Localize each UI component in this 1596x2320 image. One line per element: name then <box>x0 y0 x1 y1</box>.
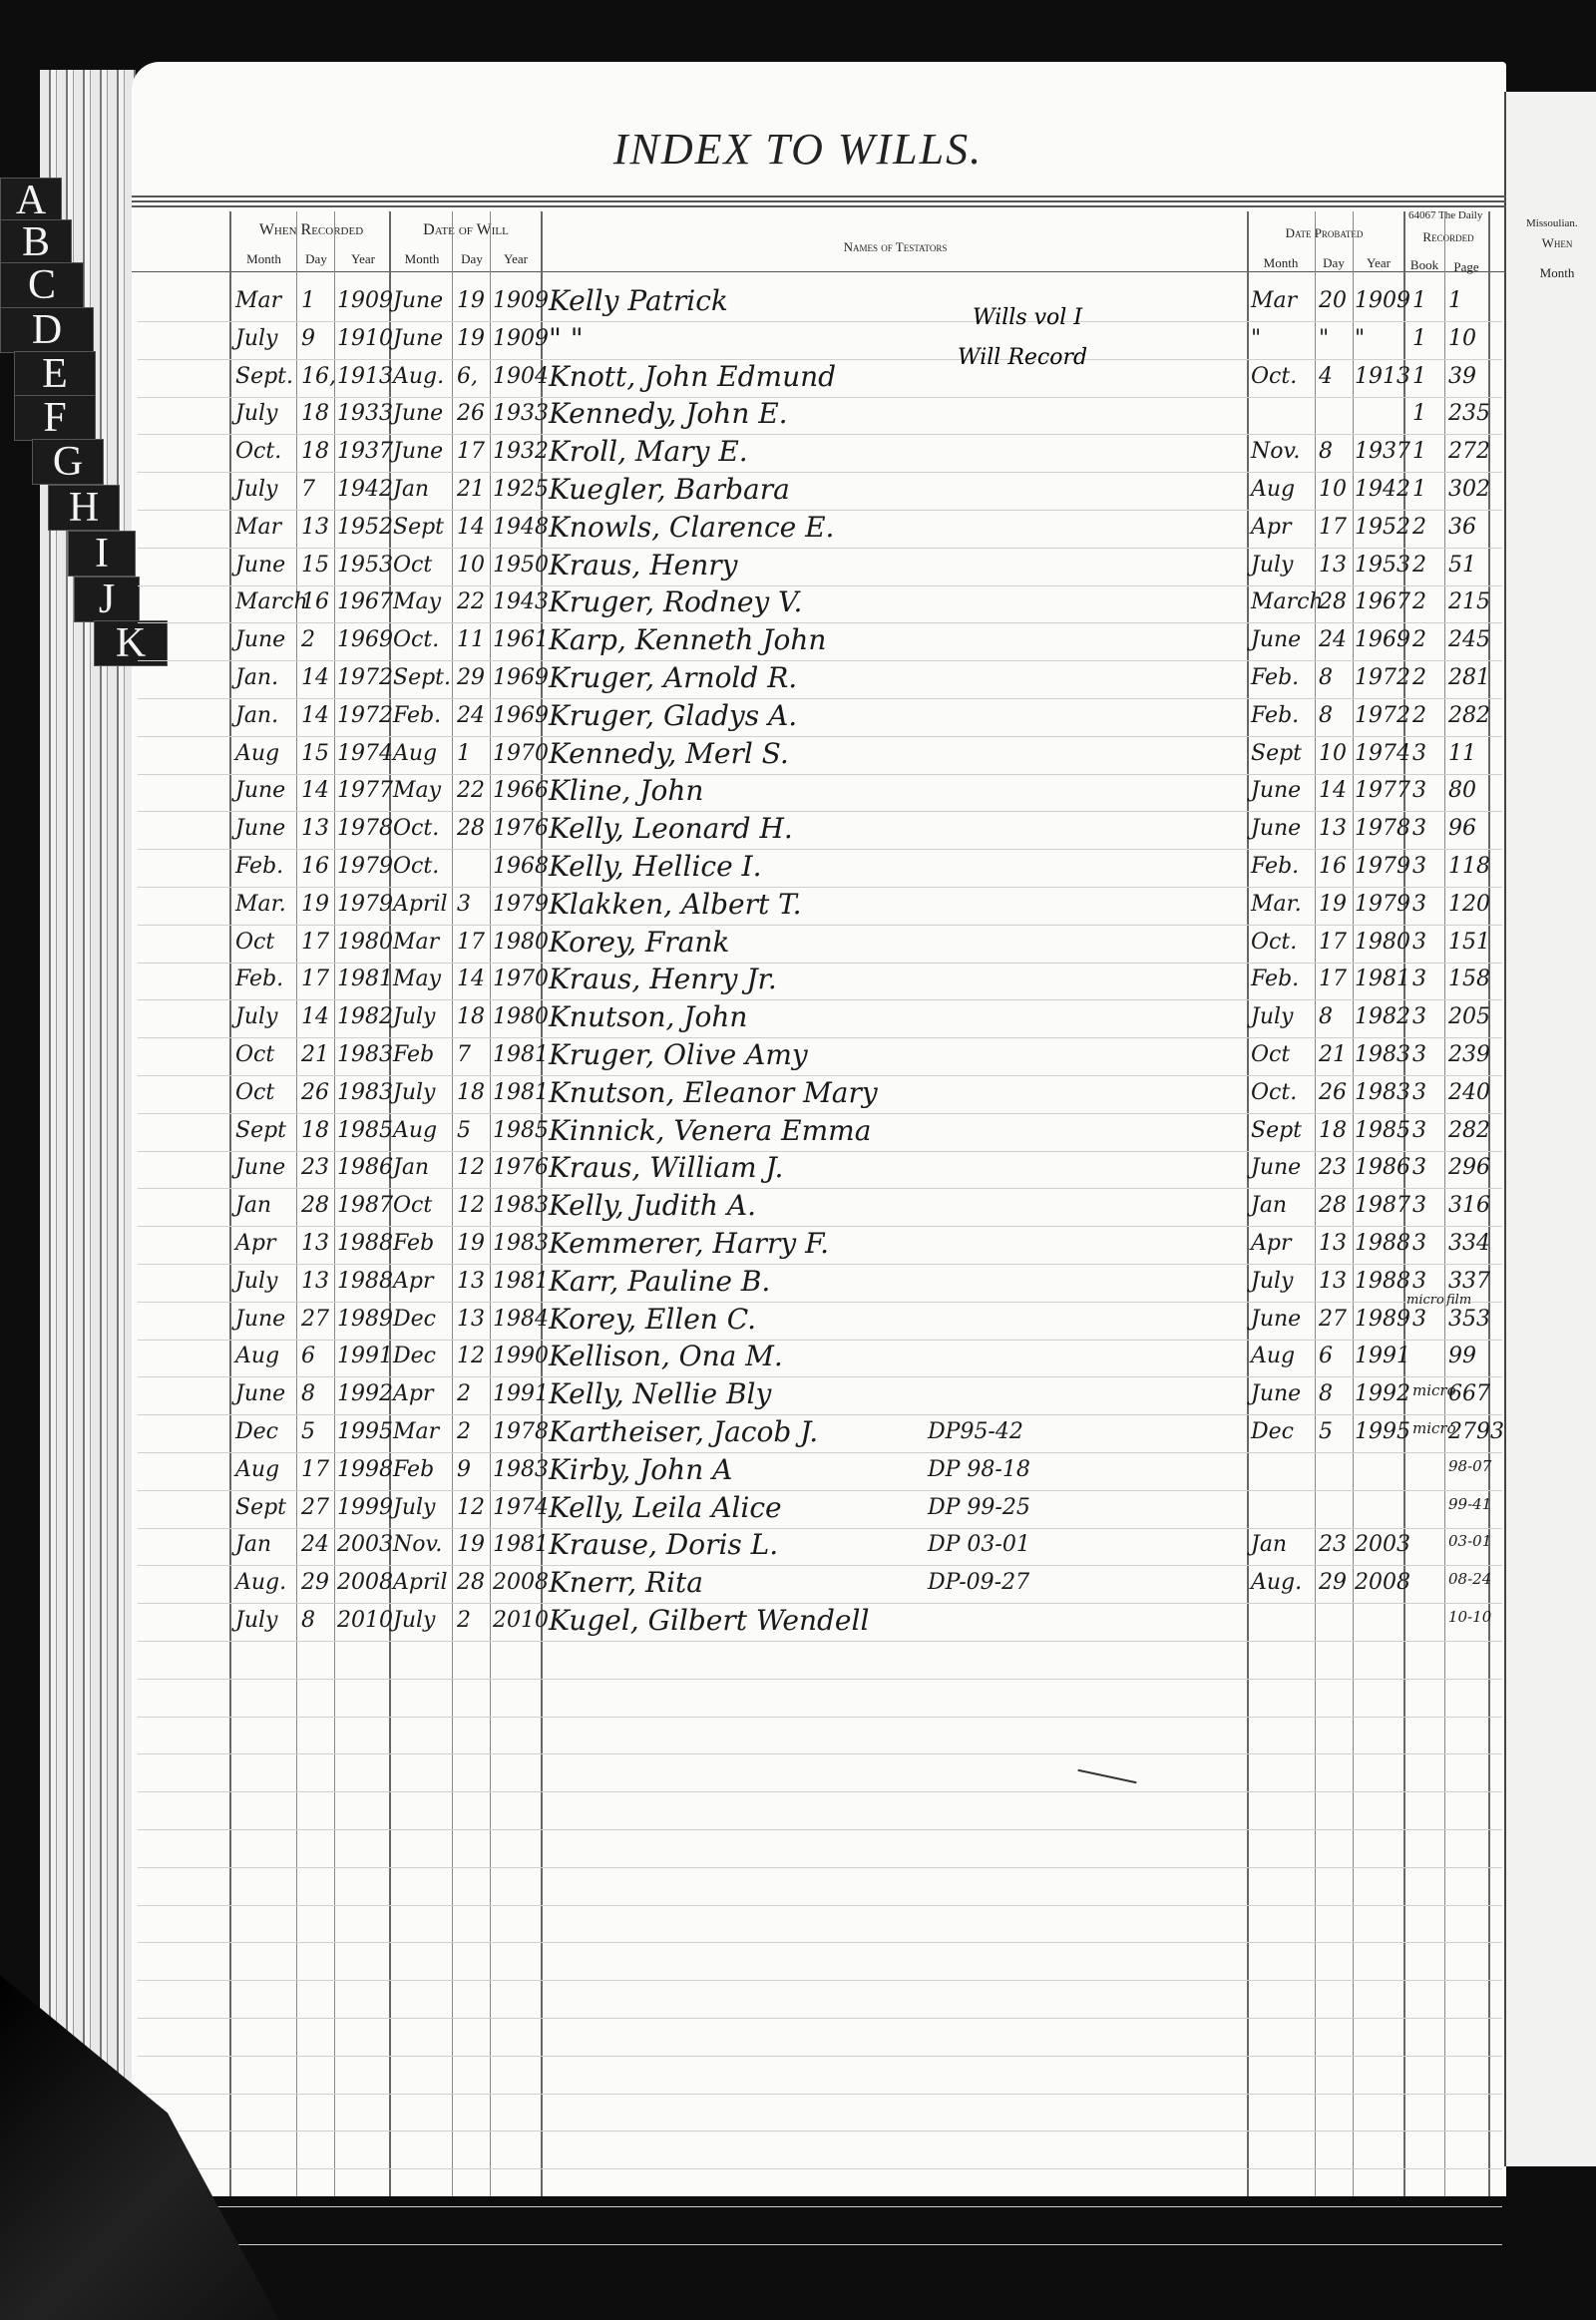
cell-pro-y: 1989 <box>1355 1307 1410 1332</box>
cell-page: 99-41 <box>1448 1495 1491 1513</box>
cell-will-d: 13 <box>457 1307 485 1332</box>
cell-will-m: Sept <box>393 515 444 540</box>
cell-name: Kline, John <box>549 774 703 807</box>
cell-will-d: 21 <box>457 477 485 502</box>
sub-page: Page <box>1446 259 1486 275</box>
cell-page: 96 <box>1448 816 1476 841</box>
cell-will-m: Aug <box>393 741 437 766</box>
cell-will-m: Feb <box>393 1457 434 1482</box>
ledger-row: June151953Oct101950Kraus, HenryJuly13195… <box>0 549 1596 586</box>
cell-will-m: July <box>393 1495 435 1520</box>
ledger-row: July131988Apr131981Karr, Pauline B.July1… <box>0 1265 1596 1303</box>
cell-page: 10-10 <box>1448 1608 1491 1626</box>
cell-rec-m: Sept <box>235 1118 286 1143</box>
cell-name: Kartheiser, Jacob J. <box>549 1415 818 1448</box>
ledger-row: Dec51995Mar21978Kartheiser, Jacob J.DP95… <box>0 1415 1596 1453</box>
cell-pro-y: 1986 <box>1355 1155 1410 1180</box>
ledger-row: June131978Oct.281976Kelly, Leonard H.Jun… <box>0 812 1596 850</box>
cell-pro-m: Mar. <box>1251 892 1302 917</box>
ledger-row: Aug171998Feb91983Kirby, John ADP 98-1898… <box>0 1453 1596 1491</box>
cell-will-d: 12 <box>457 1344 485 1368</box>
cell-pro-y: 1980 <box>1355 930 1410 955</box>
cell-will-m: Oct <box>393 1193 432 1218</box>
cell-will-m: July <box>393 1608 435 1633</box>
cell-page: 11 <box>1448 741 1476 766</box>
cell-rec-m: July <box>235 401 277 426</box>
sub-day: Day <box>1315 255 1353 271</box>
cell-will-m: Mar <box>393 1419 439 1444</box>
cell-will-m: Dec <box>393 1307 436 1332</box>
ledger-row: June271989Dec131984Korey, Ellen C.June27… <box>0 1303 1596 1341</box>
cell-will-y: 1983 <box>493 1193 549 1218</box>
cell-rec-d: 14 <box>301 703 329 728</box>
cell-rec-m: July <box>235 1269 277 1294</box>
cell-rec-d: 16 <box>301 589 329 614</box>
cell-pro-m: June <box>1251 1155 1301 1180</box>
cell-book: 2 <box>1412 589 1426 614</box>
cell-will-m: Apr <box>393 1381 434 1406</box>
cell-pro-m: Feb. <box>1251 665 1299 690</box>
cell-pro-m: July <box>1251 553 1293 578</box>
cell-will-d: 9 <box>457 1457 471 1482</box>
cell-rec-d: 7 <box>301 477 315 502</box>
cell-name: Korey, Frank <box>549 926 729 959</box>
cell-will-m: June <box>393 326 443 351</box>
cell-rec-d: 17 <box>301 930 329 955</box>
cell-pro-m: June <box>1251 816 1301 841</box>
cell-pro-d: 10 <box>1319 477 1347 502</box>
cell-rec-d: 8 <box>301 1608 315 1633</box>
cell-will-y: 2008 <box>493 1570 549 1595</box>
tab-letter-a[interactable]: A <box>0 178 62 223</box>
cell-name: Kellison, Ona M. <box>549 1340 783 1372</box>
cell-rec-d: 18 <box>301 1118 329 1143</box>
cell-will-y: 1976 <box>493 816 549 841</box>
cell-note: DP 99-25 <box>928 1495 1030 1520</box>
cell-name: Kraus, Henry <box>549 549 737 581</box>
ledger-row: Jan281987Oct121983Kelly, Judith A.Jan281… <box>0 1189 1596 1227</box>
cell-rec-m: Jan <box>235 1193 271 1218</box>
cell-pro-d: 23 <box>1319 1532 1347 1557</box>
cell-will-y: 1925 <box>493 477 549 502</box>
ruled-line <box>138 2018 1502 2019</box>
cell-rec-d: 9 <box>301 326 315 351</box>
ruled-line <box>138 2130 1502 2131</box>
cell-book: 3 <box>1412 1042 1426 1067</box>
cell-pro-y: 1977 <box>1355 778 1410 803</box>
cell-rec-d: 6 <box>301 1344 315 1368</box>
cell-name: Kennedy, Merl S. <box>549 737 789 770</box>
cell-will-d: 18 <box>457 1004 485 1029</box>
cell-pro-d: 5 <box>1319 1419 1333 1444</box>
cell-will-y: 1981 <box>493 1532 549 1557</box>
cell-will-d: 24 <box>457 703 485 728</box>
cell-book: 3 <box>1412 1307 1426 1332</box>
cell-pro-d: 13 <box>1319 816 1347 841</box>
cell-rec-m: June <box>235 816 285 841</box>
cell-pro-m: Sept <box>1251 741 1302 766</box>
cell-pro-m: Oct. <box>1251 930 1297 955</box>
cell-pro-d: 8 <box>1319 1004 1333 1029</box>
cell-rec-y: 2008 <box>337 1570 393 1595</box>
cell-page: 118 <box>1448 854 1490 879</box>
cell-page: 245 <box>1448 627 1490 652</box>
cell-will-d: 29 <box>457 665 485 690</box>
cell-page: 239 <box>1448 1042 1490 1067</box>
ledger-row: Aug.292008April282008Knerr, RitaDP-09-27… <box>0 1566 1596 1604</box>
cell-pro-y: 1952 <box>1355 515 1410 540</box>
cell-name: Kelly, Leila Alice <box>549 1491 782 1524</box>
cell-rec-y: 1967 <box>337 589 393 614</box>
cell-rec-d: 24 <box>301 1532 329 1557</box>
cell-name: Kraus, William J. <box>549 1151 783 1184</box>
cell-rec-y: 1986 <box>337 1155 393 1180</box>
cell-will-d: 22 <box>457 778 485 803</box>
cell-pro-y: 1982 <box>1355 1004 1410 1029</box>
ledger-row: Oct.181937June171932Kroll, Mary E.Nov.81… <box>0 435 1596 473</box>
cell-will-m: Nov. <box>393 1532 442 1557</box>
cell-note: DP95-42 <box>928 1419 1023 1444</box>
cell-rec-y: 1953 <box>337 553 393 578</box>
ruled-line <box>138 1717 1502 1718</box>
cell-rec-y: 2003 <box>337 1532 393 1557</box>
cell-pro-d: 13 <box>1319 1231 1347 1256</box>
cell-rec-m: Sept <box>235 1495 286 1520</box>
cell-rec-m: July <box>235 477 277 502</box>
cell-will-m: May <box>393 967 441 991</box>
cell-will-y: 2010 <box>493 1608 549 1633</box>
ruled-line <box>138 1829 1502 1830</box>
cell-rec-y: 1972 <box>337 665 393 690</box>
cell-note: DP 03-01 <box>928 1532 1030 1557</box>
cell-book: 3 <box>1412 778 1426 803</box>
cell-will-m: June <box>393 401 443 426</box>
cell-pro-d: 26 <box>1319 1080 1347 1105</box>
cell-page: 03-01 <box>1448 1532 1491 1550</box>
cell-pro-d: 28 <box>1319 1193 1347 1218</box>
ruled-line <box>138 1679 1502 1680</box>
cell-will-d: 19 <box>457 288 485 313</box>
cell-will-y: 1976 <box>493 1155 549 1180</box>
cell-pro-y: 1913 <box>1355 364 1410 389</box>
ledger-row: June21969Oct.111961Karp, Kenneth JohnJun… <box>0 623 1596 661</box>
cell-name: Knutson, John <box>549 1000 747 1033</box>
cell-name: Karp, Kenneth John <box>549 623 826 656</box>
cell-name: Kruger, Gladys A. <box>549 699 797 732</box>
cell-rec-d: 15 <box>301 553 329 578</box>
cell-name: Klakken, Albert T. <box>549 888 802 921</box>
cell-note: DP-09-27 <box>928 1570 1029 1595</box>
cell-rec-m: Oct. <box>235 439 281 464</box>
cell-page: 302 <box>1448 477 1490 502</box>
cell-pro-y: 1979 <box>1355 892 1410 917</box>
cell-book: 3 <box>1412 967 1426 991</box>
cell-will-y: 1943 <box>493 589 549 614</box>
ledger-row: Sept.16,1913Aug.6,1904Knott, John Edmund… <box>0 360 1596 398</box>
cell-page: 337 <box>1448 1269 1490 1294</box>
cell-rec-m: Jan. <box>235 665 278 690</box>
cell-rec-y: 1937 <box>337 439 393 464</box>
cell-will-m: Feb <box>393 1042 434 1067</box>
cell-pro-d: 24 <box>1319 627 1347 652</box>
cell-rec-m: Aug <box>235 741 279 766</box>
printer-stamp-right: Missoulian. <box>1526 217 1578 229</box>
cell-pro-m: July <box>1251 1269 1293 1294</box>
cell-will-y: 1981 <box>493 1269 549 1294</box>
sub-month: Month <box>1247 255 1315 271</box>
cell-pro-d: 13 <box>1319 553 1347 578</box>
cell-will-y: 1961 <box>493 627 549 652</box>
cell-will-d: 13 <box>457 1269 485 1294</box>
cell-book: 1 <box>1412 326 1426 351</box>
ledger-row: Oct261983July181981Knutson, Eleanor Mary… <box>0 1076 1596 1114</box>
cell-will-d: 19 <box>457 1231 485 1256</box>
cell-pro-d: 17 <box>1319 930 1347 955</box>
ledger-row: Aug151974Aug11970Kennedy, Merl S.Sept101… <box>0 737 1596 775</box>
cell-rec-m: July <box>235 1608 277 1633</box>
sub-month: Month <box>1518 265 1596 281</box>
cell-will-d: 26 <box>457 401 485 426</box>
cell-rec-m: Oct <box>235 1080 274 1105</box>
cell-page: 353 <box>1448 1307 1490 1332</box>
cell-will-m: April <box>393 1570 448 1595</box>
ruled-line <box>138 1980 1502 1981</box>
cell-page: 272 <box>1448 439 1490 464</box>
cell-name: Kelly, Leonard H. <box>549 812 793 845</box>
cell-will-d: 5 <box>457 1118 471 1143</box>
cell-rec-m: June <box>235 1155 285 1180</box>
cell-pro-m: June <box>1251 627 1301 652</box>
cell-will-d: 28 <box>457 816 485 841</box>
ruled-line <box>138 1867 1502 1868</box>
header-names-of-testators: Names of Testators <box>544 239 1247 255</box>
cell-name: Kennedy, John E. <box>549 397 788 430</box>
cell-book: 3 <box>1412 1269 1426 1294</box>
cell-pro-y: 1992 <box>1355 1381 1410 1406</box>
cell-book: 2 <box>1412 703 1426 728</box>
cell-will-y: 1970 <box>493 741 549 766</box>
cell-pro-m: Apr <box>1251 515 1292 540</box>
cell-rec-y: 1982 <box>337 1004 393 1029</box>
cell-pro-m: Feb. <box>1251 854 1299 879</box>
cell-will-d: 2 <box>457 1608 471 1633</box>
cell-pro-m: Aug. <box>1251 1570 1302 1595</box>
cell-pro-d: " <box>1319 326 1329 351</box>
ledger-row: July181933June261933Kennedy, John E.1235 <box>0 397 1596 435</box>
cell-rec-y: 1995 <box>337 1419 393 1444</box>
cell-page: 36 <box>1448 515 1476 540</box>
cell-rec-m: June <box>235 778 285 803</box>
cell-rec-m: Mar <box>235 515 281 540</box>
cell-name: Knott, John Edmund <box>549 360 836 393</box>
cell-note: DP 98-18 <box>928 1457 1030 1482</box>
cell-will-d: 12 <box>457 1495 485 1520</box>
cell-rec-m: July <box>235 326 277 351</box>
cell-book: 1 <box>1412 401 1426 426</box>
cell-rec-d: 21 <box>301 1042 329 1067</box>
cell-rec-d: 13 <box>301 816 329 841</box>
ruled-line <box>138 1942 1502 1943</box>
cell-pro-y: 1953 <box>1355 553 1410 578</box>
tab-letter-b[interactable]: B <box>0 219 72 265</box>
cell-pro-y: 1988 <box>1355 1231 1410 1256</box>
cell-name: Knowls, Clarence E. <box>549 511 834 544</box>
cell-will-d: 1 <box>457 741 471 766</box>
cell-will-y: 1981 <box>493 1042 549 1067</box>
cell-pro-y: 1991 <box>1355 1344 1410 1368</box>
cell-rec-m: Jan. <box>235 703 278 728</box>
sub-month: Month <box>391 251 453 267</box>
cell-rec-y: 1942 <box>337 477 393 502</box>
sub-year: Year <box>1353 255 1404 271</box>
ledger-row: July71942Jan211925Kuegler, BarbaraAug101… <box>0 473 1596 511</box>
cell-page: 240 <box>1448 1080 1490 1105</box>
cell-rec-m: March <box>235 589 308 614</box>
cell-rec-m: Aug. <box>235 1570 286 1595</box>
cell-book: 3 <box>1412 1155 1426 1180</box>
cell-pro-d: 16 <box>1319 854 1347 879</box>
cell-page: 51 <box>1448 553 1476 578</box>
cell-pro-d: 4 <box>1319 364 1333 389</box>
cell-will-y: 1969 <box>493 665 549 690</box>
cell-page: 296 <box>1448 1155 1490 1180</box>
cell-book: 3 <box>1412 930 1426 955</box>
cell-pro-m: Oct <box>1251 1042 1290 1067</box>
cell-pro-d: 17 <box>1319 515 1347 540</box>
cell-rec-d: 29 <box>301 1570 329 1595</box>
cell-pro-y: " <box>1355 326 1365 351</box>
cell-will-m: April <box>393 892 448 917</box>
cell-name: Kruger, Olive Amy <box>549 1038 808 1071</box>
cell-rec-m: June <box>235 1381 285 1406</box>
cell-rec-d: 17 <box>301 967 329 991</box>
cell-name: Kruger, Arnold R. <box>549 661 797 694</box>
cell-book: 3 <box>1412 1231 1426 1256</box>
cell-will-y: 1978 <box>493 1419 549 1444</box>
ruled-line <box>138 2056 1502 2057</box>
cell-name: " " <box>549 322 584 355</box>
cell-pro-y: 1987 <box>1355 1193 1410 1218</box>
cell-will-y: 1909 <box>493 288 549 313</box>
cell-pro-d: 6 <box>1319 1344 1333 1368</box>
cell-will-m: June <box>393 439 443 464</box>
header-bottom-rule <box>132 271 1506 272</box>
cell-rec-y: 1952 <box>337 515 393 540</box>
cell-rec-m: Oct <box>235 1042 274 1067</box>
cell-will-y: 1968 <box>493 854 549 879</box>
cell-book: 1 <box>1412 288 1426 313</box>
ledger-row: June231986Jan121976Kraus, William J.June… <box>0 1151 1596 1189</box>
cell-book: 2 <box>1412 553 1426 578</box>
cell-pro-y: 1985 <box>1355 1118 1410 1143</box>
cell-will-y: 1983 <box>493 1231 549 1256</box>
ledger-row: July91910June191909" """"110 <box>0 322 1596 360</box>
cell-pro-y: 1969 <box>1355 627 1410 652</box>
cell-page: 334 <box>1448 1231 1490 1256</box>
cell-rec-d: 19 <box>301 892 329 917</box>
cell-rec-d: 18 <box>301 439 329 464</box>
cell-will-y: 1909 <box>493 326 549 351</box>
cell-will-m: July <box>393 1004 435 1029</box>
cell-name: Kelly Patrick <box>549 284 728 317</box>
cell-rec-d: 27 <box>301 1307 329 1332</box>
cell-book: 1 <box>1412 477 1426 502</box>
sub-month: Month <box>231 251 296 267</box>
cell-will-y: 1990 <box>493 1344 549 1368</box>
cell-will-d: 14 <box>457 515 485 540</box>
header-when-recorded: When Recorded <box>231 221 391 239</box>
cell-page: 80 <box>1448 778 1476 803</box>
cell-page: 151 <box>1448 930 1490 955</box>
cell-pro-m: " <box>1251 326 1261 351</box>
cell-book: 3 <box>1412 1118 1426 1143</box>
cell-pro-d: 18 <box>1319 1118 1347 1143</box>
cell-will-d: 12 <box>457 1155 485 1180</box>
ledger-row: Sept271999July121974Kelly, Leila AliceDP… <box>0 1491 1596 1529</box>
cell-pro-d: 29 <box>1319 1570 1347 1595</box>
ledger-row: Mar.191979April31979Klakken, Albert T.Ma… <box>0 888 1596 926</box>
cell-rec-d: 16 <box>301 854 329 879</box>
cell-page: 282 <box>1448 703 1490 728</box>
cell-page: 158 <box>1448 967 1490 991</box>
cell-pro-y: 1988 <box>1355 1269 1410 1294</box>
cell-rec-y: 1979 <box>337 892 393 917</box>
cell-will-y: 1980 <box>493 930 549 955</box>
cell-rec-d: 14 <box>301 665 329 690</box>
cell-rec-d: 14 <box>301 778 329 803</box>
cell-rec-y: 1992 <box>337 1381 393 1406</box>
cell-will-m: Aug <box>393 1118 437 1143</box>
cell-name: Kuegler, Barbara <box>549 473 790 506</box>
cell-will-d: 11 <box>457 627 485 652</box>
cell-page: 2793 <box>1448 1419 1504 1444</box>
page-title: INDEX TO WILLS. <box>0 124 1596 175</box>
cell-book: 3 <box>1412 1193 1426 1218</box>
cell-rec-d: 2 <box>301 627 315 652</box>
cell-will-y: 1950 <box>493 553 549 578</box>
cell-name: Kelly, Hellice I. <box>549 850 762 883</box>
cell-pro-y: 1942 <box>1355 477 1410 502</box>
cell-rec-y: 1981 <box>337 967 393 991</box>
cell-rec-m: Feb. <box>235 967 283 991</box>
cell-rec-y: 1972 <box>337 703 393 728</box>
cell-will-y: 1966 <box>493 778 549 803</box>
cell-rec-y: 1999 <box>337 1495 393 1520</box>
cell-page: 10 <box>1448 326 1476 351</box>
ruled-line <box>138 1791 1502 1792</box>
cell-book: 1 <box>1412 364 1426 389</box>
cell-rec-y: 1979 <box>337 854 393 879</box>
cell-pro-d: 17 <box>1319 967 1347 991</box>
cell-pro-d: 27 <box>1319 1307 1347 1332</box>
cell-rec-m: Mar <box>235 288 281 313</box>
cell-will-m: Jan <box>393 1155 429 1180</box>
cell-will-m: Dec <box>393 1344 436 1368</box>
cell-page: 98-07 <box>1448 1457 1491 1475</box>
cell-will-m: Oct. <box>393 627 439 652</box>
cell-will-y: 1932 <box>493 439 549 464</box>
cell-pro-y: 1972 <box>1355 665 1410 690</box>
cell-pro-m: Jan <box>1251 1193 1287 1218</box>
cell-will-m: May <box>393 589 441 614</box>
cell-rec-y: 1988 <box>337 1231 393 1256</box>
header-rule <box>132 200 1506 202</box>
cell-rec-m: June <box>235 627 285 652</box>
cell-will-y: 1970 <box>493 967 549 991</box>
cell-rec-d: 8 <box>301 1381 315 1406</box>
ledger-row: July82010July22010Kugel, Gilbert Wendell… <box>0 1604 1596 1642</box>
cell-pro-m: Feb. <box>1251 967 1299 991</box>
